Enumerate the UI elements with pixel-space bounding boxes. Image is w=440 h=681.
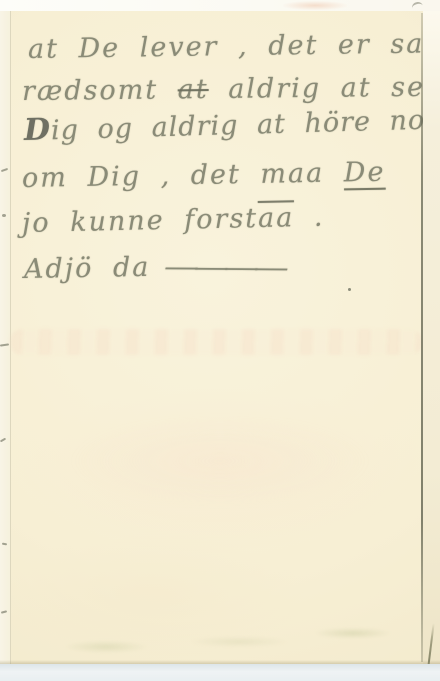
pink-smudge: [283, 1, 347, 10]
handwriting-line-6: Adjö da————: [24, 247, 257, 289]
overlined-letters: aa: [258, 202, 295, 234]
deckle-strip-right: [423, 11, 440, 664]
scanner-band-bottom: [0, 664, 440, 681]
scanned-letter: at De lever , det er saa rædsomt at aldr…: [0, 0, 440, 681]
strikethrough-word: at: [178, 74, 209, 105]
long-dash-stroke: ————: [164, 249, 284, 288]
ghost-marks-bottom: [30, 623, 410, 657]
line-text: .: [294, 202, 325, 234]
scanner-band-top: [0, 0, 440, 11]
ink-bleed-through-band: [10, 329, 422, 355]
line-text: Adjö da: [24, 252, 151, 285]
paper-stain-wash: [70, 416, 370, 506]
underlined-word: De: [344, 157, 386, 189]
overwritten-initial: D: [23, 112, 51, 148]
edge-ink-mark: [2, 214, 6, 217]
line-text: om Dig , det maa: [22, 157, 344, 194]
line-text: at De lever , det er saa: [28, 28, 440, 65]
line-text: jo kunne forst: [22, 203, 259, 239]
paper-sheet: at De lever , det er saa rædsomt at aldr…: [0, 11, 440, 664]
line-text: aldrig at se: [208, 72, 425, 105]
handwriting-line-1: at De lever , det er saa: [28, 25, 440, 69]
handwriting-line-4: om Dig , det maa De: [22, 154, 386, 198]
line-text: ig og aldrig at höre nogt: [51, 104, 440, 146]
handwriting-line-5: jo kunne forstaa .: [22, 199, 325, 243]
line-text: rædsomt: [22, 74, 178, 107]
ink-dot: [348, 288, 351, 291]
